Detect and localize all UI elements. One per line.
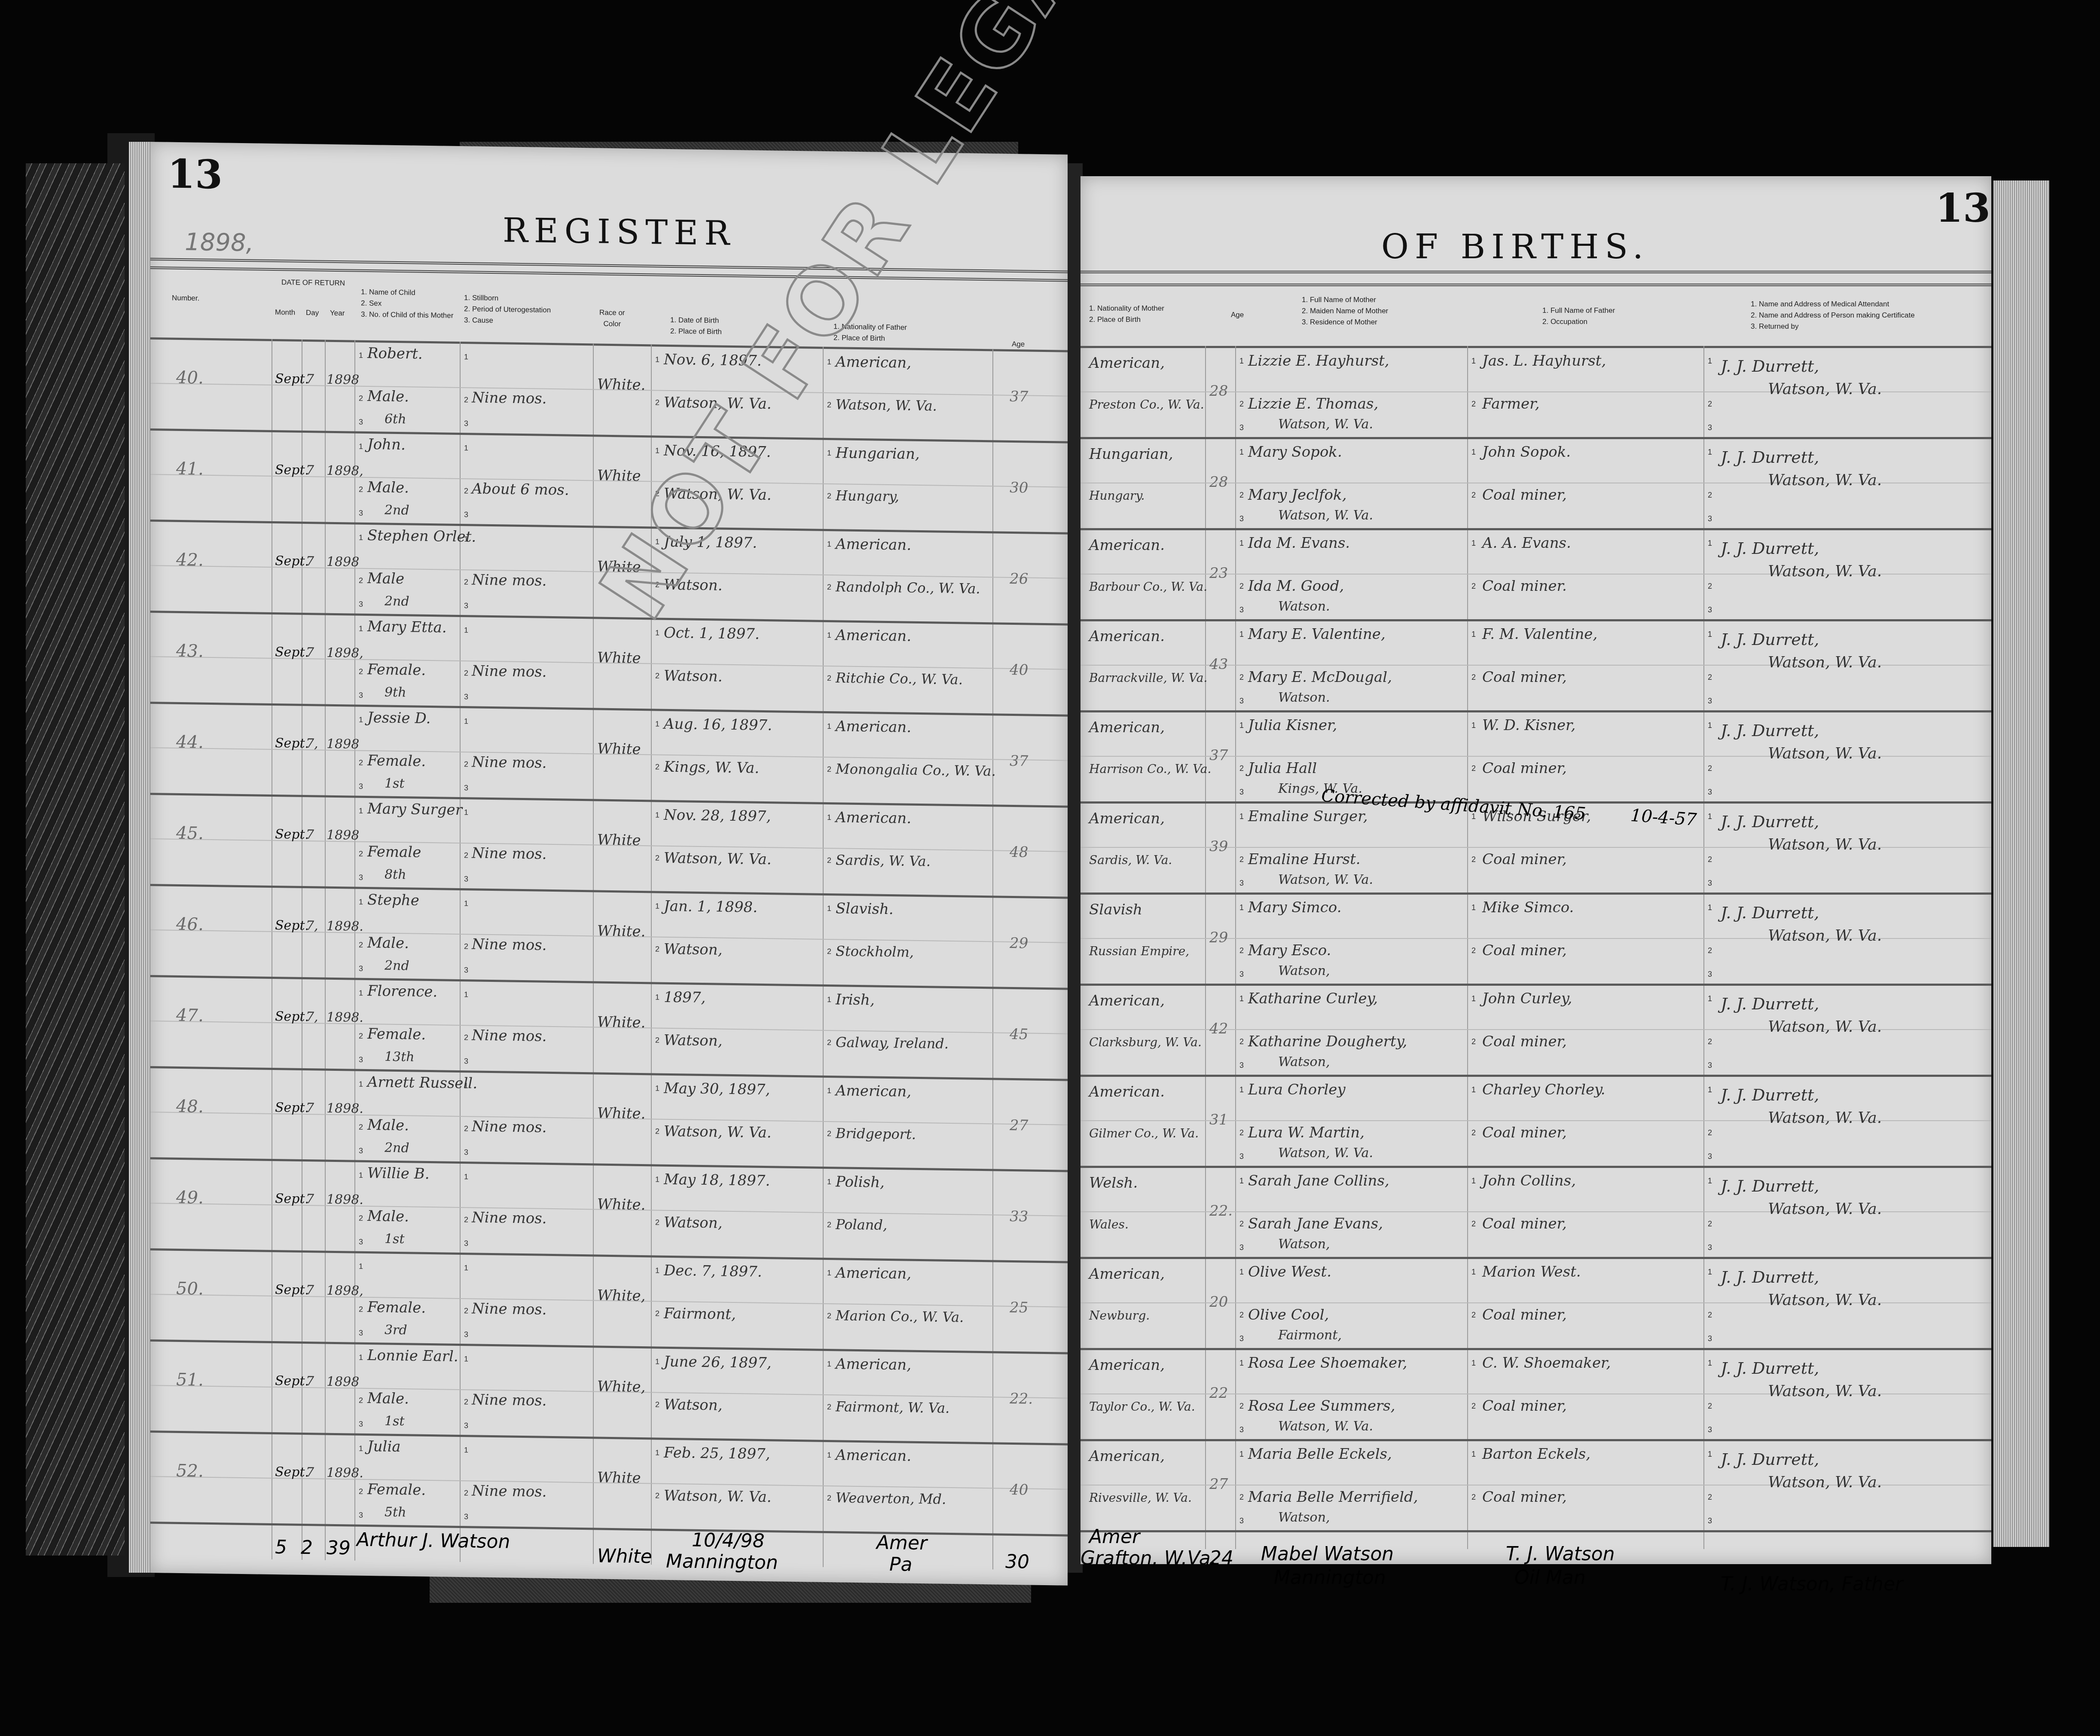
mother-name: Mary E. Valentine,: [1248, 626, 1386, 643]
child-number: 2nd: [385, 1140, 409, 1156]
father-nationality: Polish,: [836, 1173, 885, 1191]
header-day: Day: [306, 307, 319, 318]
entry-number: 40.: [176, 368, 204, 388]
child-number: 6th: [385, 412, 406, 427]
line-index: 3: [359, 509, 363, 518]
child-sex: Female.: [367, 1481, 426, 1499]
header-race: Race orColor: [599, 307, 625, 330]
return-month: Sept.: [275, 1100, 309, 1116]
mother-nationality: American,: [1089, 992, 1165, 1009]
line-index: 2: [464, 395, 468, 404]
line-index: 3: [359, 1238, 363, 1247]
father-place-of-birth: Monongalia Co., W. Va.: [836, 761, 996, 779]
child-sex: Male.: [367, 1207, 409, 1225]
line-index: 1: [655, 1448, 659, 1457]
place-of-birth: Watson, W. Va.: [664, 850, 771, 868]
entry-number: 43.: [176, 641, 204, 661]
gestation: Nine mos.: [472, 1300, 546, 1318]
line-index: 2: [359, 941, 363, 950]
line-index: 1: [1708, 357, 1712, 366]
line-index: 2: [827, 674, 831, 683]
race: White: [597, 1469, 641, 1487]
race: White.: [597, 1105, 645, 1123]
gestation: Nine mos.: [472, 1391, 546, 1409]
child-name: Arnett Russell.: [367, 1073, 477, 1092]
child-name: Florence.: [367, 982, 437, 1000]
line-index: 3: [1708, 1334, 1712, 1343]
line-index: 2: [464, 1215, 468, 1224]
line-index: 2: [359, 485, 363, 494]
return-day: 7: [306, 554, 314, 569]
medical-attendant: J. J. Durrett,: [1721, 812, 1819, 831]
late-entry-father-name: T. J. Watson: [1506, 1543, 1615, 1565]
line-index: 1: [655, 1357, 659, 1366]
line-index: 1: [827, 540, 831, 549]
line-index: 1: [359, 351, 363, 360]
line-index: 2: [827, 856, 831, 865]
line-index: 1: [1708, 1268, 1712, 1277]
father-occupation: Coal miner,: [1482, 486, 1567, 504]
child-number: 1st: [385, 1414, 405, 1429]
line-index: 2: [1471, 946, 1476, 955]
father-age: 30: [1010, 479, 1028, 497]
child-sex: Female.: [367, 752, 426, 770]
gestation: Nine mos.: [472, 389, 546, 407]
medical-attendant: J. J. Durrett,: [1721, 903, 1819, 922]
father-occupation: Coal miner,: [1482, 1488, 1567, 1506]
mother-nationality: American,: [1089, 1357, 1165, 1374]
return-year: 1898.: [327, 1192, 363, 1207]
page-stack-right: [1993, 180, 2049, 1547]
line-index: 1: [464, 443, 468, 452]
line-index: 2: [827, 1038, 831, 1047]
line-index: 2: [464, 1124, 468, 1133]
return-month: Sept.: [275, 1191, 309, 1207]
line-index: 3: [1239, 1425, 1244, 1434]
father-occupation: Coal miner,: [1482, 851, 1567, 868]
mother-maiden-name: Katharine Dougherty,: [1248, 1033, 1407, 1050]
race: White.: [597, 1196, 645, 1214]
line-index: 1: [359, 807, 363, 816]
race: White.: [597, 923, 645, 941]
mother-age: 39: [1209, 838, 1228, 855]
line-index: 1: [1708, 539, 1712, 548]
mother-maiden-name: Mary E. McDougal,: [1248, 669, 1392, 686]
mother-nationality: American.: [1089, 628, 1165, 645]
mother-residence: Watson, W. Va.: [1278, 872, 1373, 887]
line-index: 1: [464, 717, 468, 726]
father-place-of-birth: Galway, Ireland.: [836, 1034, 949, 1052]
line-index: 2: [1471, 1219, 1476, 1229]
line-index: 2: [1708, 1402, 1712, 1411]
father-age: 40: [1010, 1481, 1028, 1499]
race: White: [597, 831, 641, 849]
father-place-of-birth: Bridgeport.: [836, 1125, 916, 1143]
mother-name: Ida M. Evans.: [1248, 535, 1350, 552]
left-header: Number. DATE OF RETURN Month Day Year 1.…: [150, 271, 1068, 348]
line-index: 1: [1471, 1268, 1476, 1277]
father-age: 40: [1010, 661, 1028, 679]
line-index: 2: [827, 1129, 831, 1138]
line-index: 1: [1239, 448, 1244, 457]
father-name: John Sopok.: [1482, 443, 1571, 461]
mother-residence: Watson, W. Va.: [1278, 508, 1373, 523]
line-index: 3: [464, 1421, 468, 1430]
late-entry-mother-residence: Mannington: [1274, 1567, 1386, 1589]
mother-residence: Watson, W. Va.: [1278, 1146, 1373, 1161]
place-of-birth: Fairmont,: [664, 1305, 736, 1323]
line-index: 1: [1239, 1359, 1244, 1368]
race: White: [597, 740, 641, 758]
line-index: 3: [359, 1146, 363, 1155]
father-occupation: Coal miner,: [1482, 669, 1567, 686]
line-index: 2: [1471, 400, 1476, 409]
place-of-birth: Watson, W. Va.: [664, 1123, 771, 1141]
place-of-birth: Watson, W. Va.: [664, 1487, 771, 1506]
gestation: Nine mos.: [472, 1209, 546, 1227]
date-of-birth: Feb. 25, 1897,: [664, 1444, 770, 1463]
father-place-of-birth: Poland,: [836, 1216, 887, 1233]
line-index: 2: [827, 1220, 831, 1229]
gestation: Nine mos.: [472, 935, 546, 954]
line-index: 2: [655, 671, 659, 680]
line-index: 1: [1471, 721, 1476, 730]
father-name: Barton Eckels,: [1482, 1446, 1590, 1463]
mother-name: Rosa Lee Shoemaker,: [1248, 1354, 1407, 1372]
mother-age: 42: [1209, 1020, 1228, 1037]
line-index: 2: [655, 1400, 659, 1409]
line-index: 1: [1239, 994, 1244, 1003]
line-index: 1: [655, 993, 659, 1002]
mother-maiden-name: Rosa Lee Summers,: [1248, 1397, 1395, 1415]
return-year: 1898: [327, 554, 359, 570]
line-index: 1: [1708, 448, 1712, 457]
left-page-number: 13: [168, 151, 223, 198]
father-name: Jas. L. Hayhurst,: [1482, 352, 1606, 370]
entry-number: 41.: [176, 459, 204, 479]
race: White.: [597, 376, 645, 394]
line-index: 3: [359, 1420, 363, 1429]
line-index: 3: [1239, 788, 1244, 797]
line-index: 1: [359, 898, 363, 907]
line-index: 3: [464, 1512, 468, 1521]
return-day: 7: [306, 1192, 314, 1207]
line-index: 1: [464, 1172, 468, 1181]
gestation: About 6 mos.: [472, 480, 569, 498]
child-name: Robert.: [367, 345, 423, 363]
line-index: 1: [1471, 1085, 1476, 1094]
header-year: Year: [330, 308, 345, 319]
line-index: 3: [1708, 514, 1712, 523]
child-number: 2nd: [385, 958, 409, 974]
date-of-birth: June 26, 1897,: [664, 1353, 772, 1372]
line-index: 2: [827, 400, 831, 410]
line-index: 1: [655, 446, 659, 455]
father-name: F. M. Valentine,: [1482, 626, 1597, 643]
header-mother: 1. Full Name of Mother2. Maiden Name of …: [1302, 294, 1388, 328]
mother-name: Lura Chorley: [1248, 1081, 1346, 1098]
line-index: 3: [464, 783, 468, 792]
father-occupation: Coal miner,: [1482, 942, 1567, 959]
child-number: 9th: [385, 685, 406, 700]
line-index: 2: [827, 1311, 831, 1320]
line-index: 2: [1239, 1128, 1244, 1137]
line-index: 2: [1708, 855, 1712, 864]
mother-place-of-birth: Clarksburg, W. Va.: [1089, 1035, 1202, 1049]
medical-attendant: J. J. Durrett,: [1721, 721, 1819, 740]
mother-place-of-birth: Sardis, W. Va.: [1089, 853, 1172, 867]
mother-residence: Watson,: [1278, 963, 1330, 978]
return-day: 7,: [306, 918, 318, 933]
return-day: 7,: [306, 736, 318, 751]
late-entry-day: 2: [301, 1537, 313, 1559]
line-index: 1: [655, 1084, 659, 1093]
medical-attendant-address: Watson, W. Va.: [1768, 1018, 1882, 1036]
line-index: 1: [1708, 903, 1712, 912]
line-index: 2: [1471, 1128, 1476, 1137]
mother-residence: Watson,: [1278, 1510, 1330, 1525]
mother-maiden-name: Olive Cool,: [1248, 1306, 1329, 1323]
left-page: 13 1898, REGISTER Number. DATE OF RETURN…: [150, 142, 1068, 1586]
line-index: 2: [464, 1397, 468, 1406]
father-occupation: Coal miner,: [1482, 1033, 1567, 1050]
line-index: 2: [1708, 1311, 1712, 1320]
race: White,: [597, 1287, 645, 1305]
line-index: 2: [1471, 1402, 1476, 1411]
child-sex: Female.: [367, 661, 426, 679]
line-index: 1: [827, 1177, 831, 1186]
line-index: 2: [655, 1491, 659, 1500]
line-index: 2: [464, 669, 468, 678]
mother-nationality: American,: [1089, 355, 1165, 372]
line-index: 2: [827, 947, 831, 956]
header-child: 1. Name of Child2. Sex3. No. of Child of…: [361, 287, 453, 321]
line-index: 3: [1239, 697, 1244, 706]
line-index: 1: [827, 813, 831, 822]
line-index: 3: [359, 600, 363, 609]
return-year: 1898: [327, 828, 359, 843]
date-of-birth: Dec. 7, 1897.: [664, 1262, 762, 1281]
line-index: 2: [359, 1214, 363, 1223]
line-index: 2: [655, 1127, 659, 1136]
line-index: 1: [655, 355, 659, 364]
return-day: 7: [306, 1283, 314, 1298]
father-place-of-birth: Stockholm,: [836, 943, 914, 960]
line-index: 2: [464, 578, 468, 587]
mother-nationality: Welsh.: [1089, 1174, 1138, 1192]
header-birth: 1. Date of Birth2. Place of Birth: [670, 315, 722, 338]
line-index: 3: [464, 874, 468, 883]
line-index: 2: [1708, 1037, 1712, 1046]
line-index: 2: [655, 853, 659, 862]
late-entry-father-occupation: Oil Man: [1514, 1567, 1586, 1589]
return-month: Sept.: [275, 553, 309, 569]
line-index: 3: [1708, 1152, 1712, 1161]
line-index: 3: [464, 601, 468, 610]
mother-residence: Watson,: [1278, 1237, 1330, 1252]
line-index: 1: [1471, 448, 1476, 457]
page-stack-left: [129, 142, 153, 1573]
child-sex: Male.: [367, 388, 409, 405]
mother-name: Mary Sopok.: [1248, 443, 1342, 461]
child-sex: Female: [367, 843, 421, 861]
mother-nationality: American.: [1089, 537, 1165, 554]
late-entry-mother-name: Mabel Watson: [1261, 1543, 1394, 1565]
return-year: 1898,: [327, 1283, 363, 1299]
line-index: 3: [359, 691, 363, 700]
mother-nationality: Slavish: [1089, 901, 1142, 918]
line-index: 1: [1471, 994, 1476, 1003]
line-index: 1: [827, 449, 831, 458]
mother-place-of-birth: Rivesville, W. Va.: [1089, 1491, 1192, 1505]
line-index: 1: [1239, 357, 1244, 366]
line-index: 2: [1239, 582, 1244, 591]
mother-age: 37: [1209, 747, 1228, 764]
place-of-birth: Watson.: [664, 667, 723, 685]
return-day: 7: [306, 372, 314, 387]
mother-name: Olive West.: [1248, 1263, 1331, 1281]
child-name: Lonnie Earl.: [367, 1347, 458, 1365]
line-index: 3: [1708, 605, 1712, 614]
father-name: C. W. Shoemaker,: [1482, 1354, 1611, 1372]
medical-attendant: J. J. Durrett,: [1721, 1085, 1819, 1104]
mother-place-of-birth: Hungary.: [1089, 489, 1145, 503]
mother-age: 22: [1209, 1385, 1228, 1402]
line-index: 1: [464, 352, 468, 361]
line-index: 1: [655, 1266, 659, 1275]
line-index: 1: [359, 442, 363, 451]
mother-nationality: American,: [1089, 810, 1165, 827]
line-index: 1: [655, 1175, 659, 1184]
line-index: 2: [827, 1494, 831, 1503]
place-of-birth: Kings, W. Va.: [664, 758, 759, 777]
line-index: 3: [1239, 1243, 1244, 1252]
mother-maiden-name: Emaline Hurst.: [1248, 851, 1361, 868]
line-index: 2: [1471, 491, 1476, 500]
mother-age: 29: [1209, 929, 1228, 946]
line-index: 3: [1708, 1425, 1712, 1434]
child-name: Stephen Orlet.: [367, 527, 476, 546]
line-index: 1: [359, 624, 363, 633]
line-index: 2: [359, 1396, 363, 1405]
mother-maiden-name: Sarah Jane Evans,: [1248, 1215, 1383, 1232]
line-index: 1: [359, 715, 363, 724]
father-name: A. A. Evans.: [1482, 535, 1571, 552]
mother-name: Lizzie E. Hayhurst,: [1248, 352, 1389, 370]
line-index: 2: [464, 942, 468, 951]
line-index: 1: [359, 1262, 363, 1271]
line-index: 1: [1471, 903, 1476, 912]
late-entry-mother-age: 24: [1209, 1547, 1233, 1569]
line-index: 2: [1708, 764, 1712, 773]
line-index: 1: [1708, 1450, 1712, 1459]
line-index: 1: [827, 995, 831, 1004]
line-index: 3: [1239, 970, 1244, 979]
place-of-birth: Watson,: [664, 1214, 723, 1232]
return-month: Sept.: [275, 1282, 309, 1298]
child-name: Stephe: [367, 891, 419, 909]
mother-nationality: American,: [1089, 1448, 1165, 1465]
line-index: 3: [464, 1330, 468, 1339]
line-index: 2: [464, 1306, 468, 1315]
line-index: 1: [1239, 721, 1244, 730]
register-title: REGISTER: [503, 211, 736, 253]
mother-maiden-name: Ida M. Good,: [1248, 578, 1344, 595]
line-index: 1: [1708, 1085, 1712, 1094]
child-name: Jessie D.: [367, 709, 430, 727]
line-index: 2: [1239, 946, 1244, 955]
line-index: 1: [1708, 1359, 1712, 1368]
return-month: Sept.: [275, 736, 309, 751]
line-index: 2: [1708, 582, 1712, 591]
child-number: 5th: [385, 1505, 406, 1520]
gestation: Nine mos.: [472, 1482, 546, 1500]
line-index: 2: [1239, 1493, 1244, 1502]
line-index: 1: [827, 904, 831, 913]
medical-attendant-address: Watson, W. Va.: [1768, 1473, 1882, 1491]
medical-attendant: J. J. Durrett,: [1721, 994, 1819, 1013]
line-index: 3: [1708, 697, 1712, 706]
mother-maiden-name: Mary Jeclfok,: [1248, 486, 1346, 504]
mother-residence: Watson, W. Va.: [1278, 1419, 1373, 1434]
line-index: 1: [1708, 812, 1712, 821]
mother-name: Maria Belle Eckels,: [1248, 1446, 1392, 1463]
line-index: 2: [1239, 491, 1244, 500]
entry-number: 49.: [176, 1188, 204, 1208]
father-age: 22.: [1010, 1390, 1033, 1408]
entry-number: 48.: [176, 1097, 204, 1117]
line-index: 3: [1239, 1516, 1244, 1525]
child-sex: Female.: [367, 1025, 426, 1043]
race: White,: [597, 1378, 645, 1396]
line-index: 3: [464, 692, 468, 701]
mother-maiden-name: Mary Esco.: [1248, 942, 1331, 959]
late-entry-race: White: [597, 1545, 652, 1568]
line-index: 3: [464, 1148, 468, 1157]
mother-place-of-birth: Harrison Co., W. Va.: [1089, 762, 1211, 776]
medical-attendant: J. J. Durrett,: [1721, 630, 1819, 649]
line-index: 1: [464, 1446, 468, 1455]
mother-place-of-birth: Barrackville, W. Va.: [1089, 671, 1207, 685]
mother-nationality: American,: [1089, 719, 1165, 736]
return-year: 1898: [327, 737, 359, 752]
line-index: 1: [464, 626, 468, 635]
date-of-birth: 1897,: [664, 989, 705, 1006]
father-place-of-birth: Fairmont, W. Va.: [836, 1398, 949, 1416]
father-place-of-birth: Watson, W. Va.: [836, 396, 937, 414]
late-entry-pob: Mannington: [666, 1550, 778, 1574]
return-year: 1898,: [327, 463, 363, 479]
line-index: 3: [464, 510, 468, 519]
child-number: 2nd: [385, 594, 409, 609]
line-index: 1: [1471, 1450, 1476, 1459]
return-month: Sept.: [275, 645, 309, 660]
line-index: 3: [359, 1511, 363, 1520]
mother-age: 28: [1209, 382, 1228, 400]
line-index: 3: [1239, 514, 1244, 523]
line-index: 2: [1239, 400, 1244, 409]
line-index: 1: [464, 1354, 468, 1363]
line-index: 2: [655, 1036, 659, 1045]
line-index: 2: [1239, 1311, 1244, 1320]
line-index: 1: [1708, 630, 1712, 639]
header-medical: 1. Name and Address of Medical Attendant…: [1751, 299, 1915, 332]
father-name: John Collins,: [1482, 1172, 1576, 1189]
right-header: 1. Nationality of Mother2. Place of Birt…: [1081, 286, 1991, 350]
mother-name: Julia Kisner,: [1248, 717, 1337, 734]
gestation: Nine mos.: [472, 662, 546, 680]
return-month: Sept.: [275, 462, 309, 478]
